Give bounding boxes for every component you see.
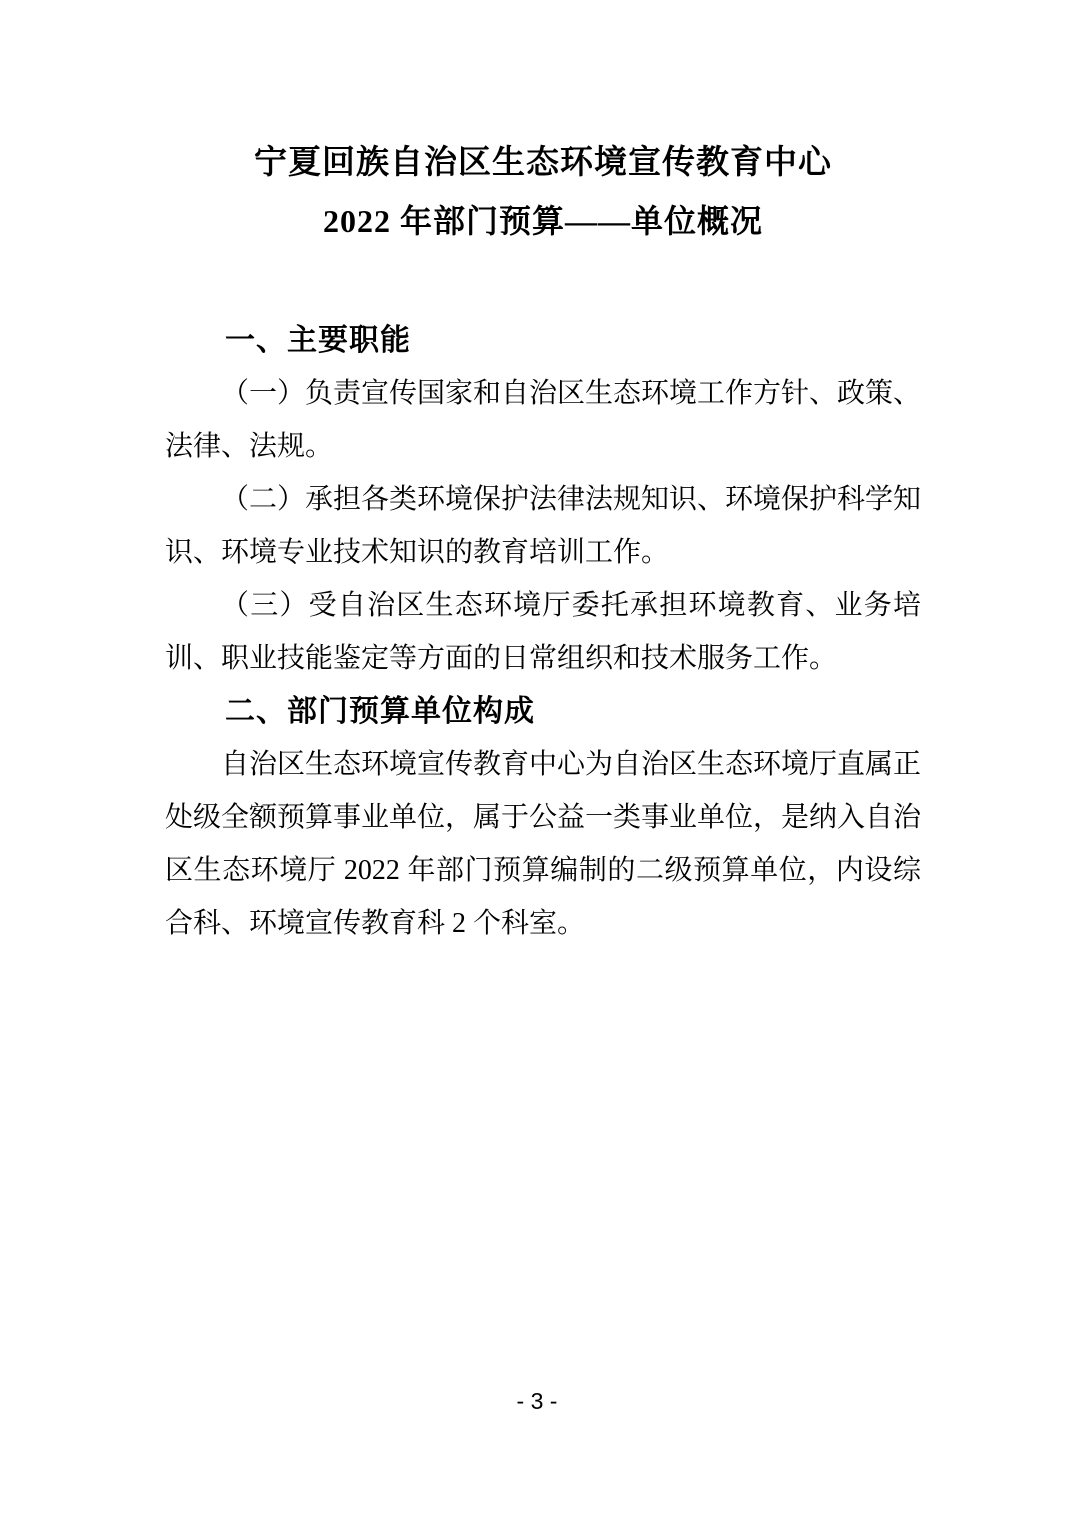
page-number: - 3 - [517,1388,558,1414]
doc-title-line-1: 宁夏回族自治区生态环境宣传教育中心 [165,134,921,192]
doc-body: 一、主要职能 （一）负责宣传国家和自治区生态环境工作方针、政策、法律、法规。 （… [165,314,921,950]
doc-title-line-2: 2022 年部门预算——单位概况 [165,192,921,250]
section-1-heading: 一、主要职能 [165,314,921,367]
section-1-paragraph-1: （一）负责宣传国家和自治区生态环境工作方针、政策、法律、法规。 [165,367,921,473]
section-1-paragraph-2: （二）承担各类环境保护法律法规知识、环境保护科学知识、环境专业技术知识的教育培训… [165,473,921,579]
section-1-paragraph-3: （三）受自治区生态环境厅委托承担环境教育、业务培训、职业技能鉴定等方面的日常组织… [165,579,921,685]
section-2-heading: 二、部门预算单位构成 [165,685,921,738]
document-page: 宁夏回族自治区生态环境宣传教育中心 2022 年部门预算——单位概况 一、主要职… [165,134,921,950]
section-2-paragraph-1: 自治区生态环境宣传教育中心为自治区生态环境厅直属正处级全额预算事业单位，属于公益… [165,738,921,950]
page-footer: - 3 - [0,1388,1074,1415]
